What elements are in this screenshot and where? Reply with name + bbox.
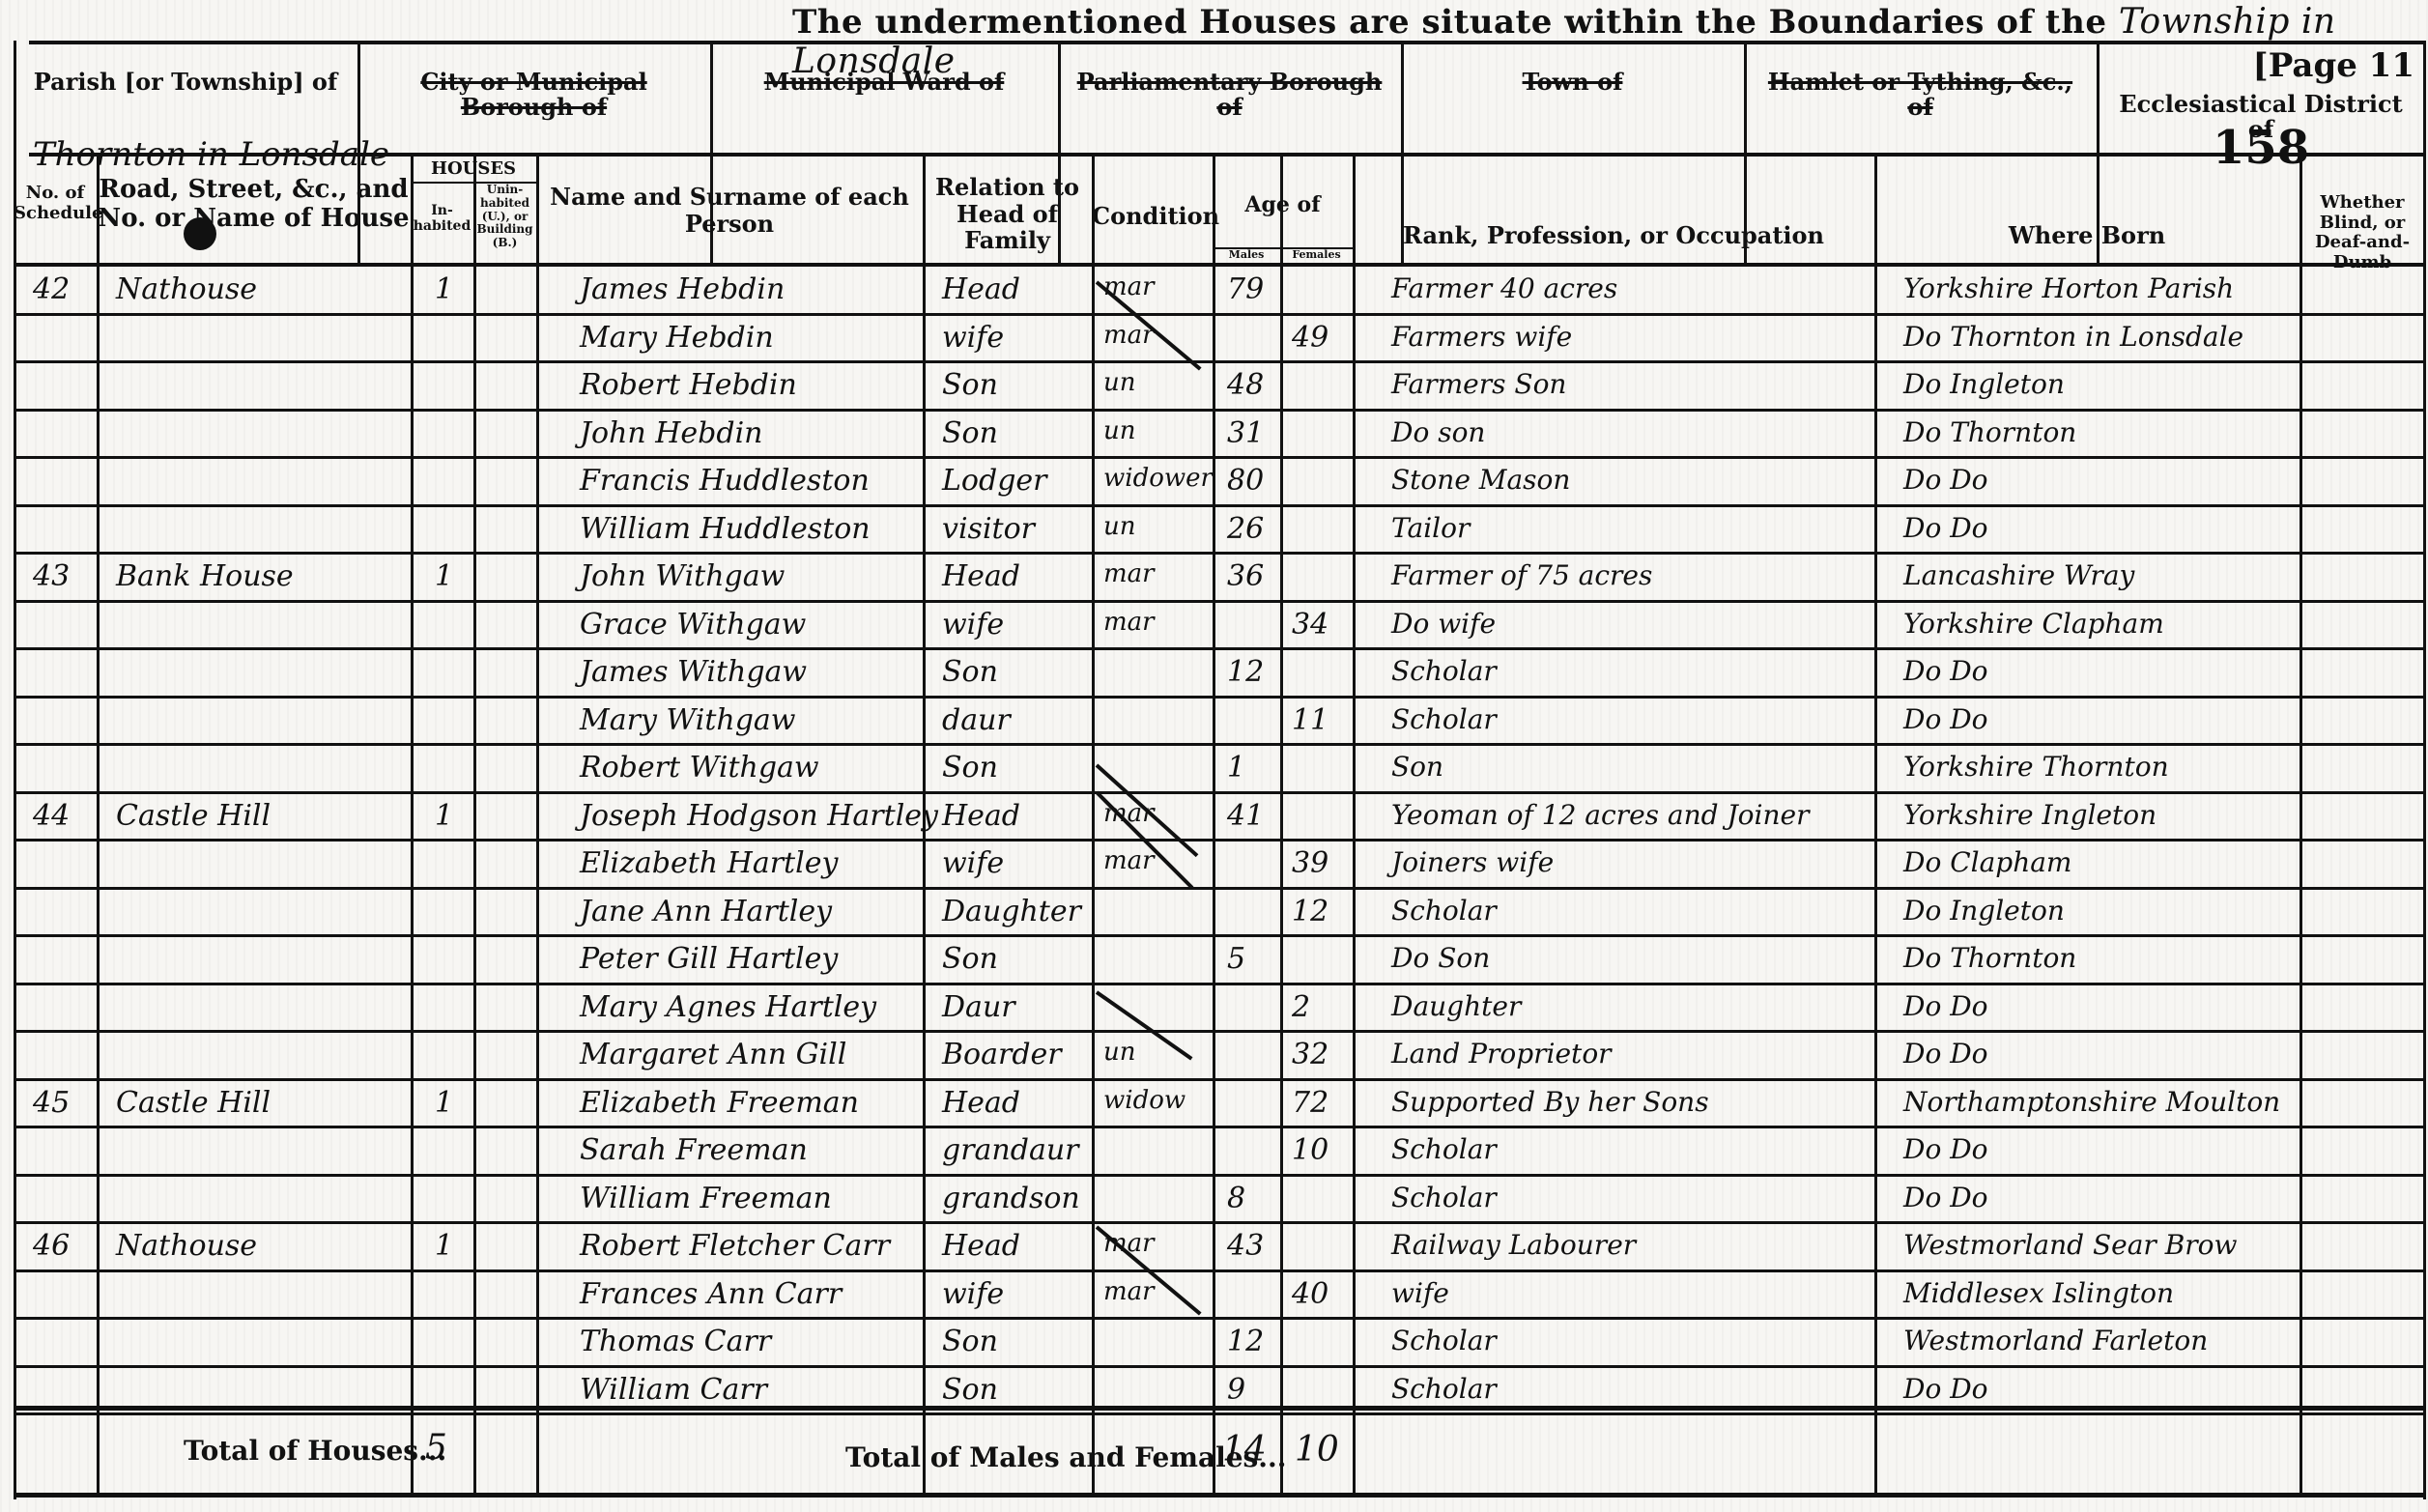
relation: grandaur xyxy=(942,1133,1079,1167)
col-condition: Condition xyxy=(1092,203,1213,230)
person-name: Mary Hebdin xyxy=(580,321,774,355)
occupation: Scholar xyxy=(1391,895,1497,927)
header-box-value: 158 xyxy=(2213,121,2309,175)
relation: Boarder xyxy=(942,1038,1062,1071)
occupation: Yeoman of 12 acres and Joiner xyxy=(1391,799,1809,831)
male-age: 9 xyxy=(1227,1373,1245,1407)
house-name: Bank House xyxy=(116,559,294,593)
occupation: Supported By her Sons xyxy=(1391,1086,1709,1118)
condition: un xyxy=(1103,1038,1136,1067)
row-rule xyxy=(14,1030,2425,1033)
birthplace: Do Do xyxy=(1903,1038,1988,1070)
row-rule xyxy=(14,600,2425,603)
house-name: Castle Hill xyxy=(116,1086,271,1120)
condition: un xyxy=(1103,416,1136,445)
row-rule xyxy=(14,696,2425,699)
col-road: Road, Street, &c., and No. or Name of Ho… xyxy=(97,176,411,234)
person-name: Elizabeth Freeman xyxy=(580,1086,859,1120)
row-rule xyxy=(14,409,2425,412)
female-age: 10 xyxy=(1292,1133,1328,1167)
relation: daur xyxy=(942,703,1011,737)
schedule-number: 46 xyxy=(33,1229,70,1263)
birthplace: Do Thornton xyxy=(1903,416,2076,448)
header-box-value: Thornton in Lonsdale xyxy=(33,135,389,174)
birthplace: Do Clapham xyxy=(1903,846,2071,878)
table-row: William Huddlestonvisitorun26TailorDo Do xyxy=(0,508,2428,556)
total-persons-label: Total of Males and Females... xyxy=(845,1441,1287,1473)
female-age: 49 xyxy=(1292,321,1328,355)
birthplace: Do Thornton xyxy=(1903,942,2076,974)
row-rule xyxy=(14,791,2425,794)
person-name: Margaret Ann Gill xyxy=(580,1038,846,1071)
male-age: 79 xyxy=(1227,272,1264,306)
inhabited-count: 1 xyxy=(435,1086,453,1120)
female-age: 12 xyxy=(1292,895,1328,928)
occupation: Farmer of 75 acres xyxy=(1391,559,1652,591)
relation: Son xyxy=(942,416,998,450)
relation: Head xyxy=(942,799,1020,833)
relation: wife xyxy=(942,1277,1004,1311)
total-females-value: 10 xyxy=(1295,1430,1339,1469)
table-row: James WithgawSon12ScholarDo Do xyxy=(0,651,2428,699)
table-row: Robert WithgawSon1SonYorkshire Thornton xyxy=(0,747,2428,795)
table-row: William Freemangrandson8ScholarDo Do xyxy=(0,1178,2428,1226)
col-blind: Whether Blind, or Deaf-and-Dumb xyxy=(2299,193,2425,273)
row-rule xyxy=(14,1270,2425,1272)
person-name: Frances Ann Carr xyxy=(580,1277,842,1311)
relation: Son xyxy=(942,655,998,689)
condition: mar xyxy=(1103,559,1155,588)
house-name: Nathouse xyxy=(116,272,257,306)
schedule-number: 43 xyxy=(33,559,70,593)
birthplace: Yorkshire Clapham xyxy=(1903,608,2164,640)
relation: grandson xyxy=(942,1182,1080,1215)
condition: mar xyxy=(1103,846,1155,875)
birthplace: Westmorland Farleton xyxy=(1903,1325,2208,1356)
condition: mar xyxy=(1103,1277,1155,1306)
table-row: Frances Ann Carrwifemar40wifeMiddlesex I… xyxy=(0,1273,2428,1322)
occupation: Joiners wife xyxy=(1391,846,1554,878)
header-box-label: Municipal Ward of xyxy=(720,70,1048,95)
birthplace: Do Ingleton xyxy=(1903,895,2065,927)
row-rule xyxy=(14,1221,2425,1224)
person-name: Robert Fletcher Carr xyxy=(580,1229,890,1263)
relation: Son xyxy=(942,1325,998,1358)
total-houses-label: Total of Houses... xyxy=(184,1435,446,1467)
condition: widow xyxy=(1103,1086,1185,1115)
birthplace: Do Do xyxy=(1903,464,1988,496)
relation: wife xyxy=(942,321,1004,355)
male-age: 1 xyxy=(1227,751,1245,785)
occupation: Do son xyxy=(1391,416,1485,448)
birthplace: Lancashire Wray xyxy=(1903,559,2134,591)
table-row: Sarah Freemangrandaur10ScholarDo Do xyxy=(0,1129,2428,1178)
relation: Lodger xyxy=(942,464,1047,498)
relation: Son xyxy=(942,1373,998,1407)
birthplace: Do Do xyxy=(1903,1182,1988,1213)
col-occupation: Rank, Profession, or Occupation xyxy=(1353,222,1874,249)
occupation: Scholar xyxy=(1391,1182,1497,1213)
total-houses-value: 5 xyxy=(425,1428,447,1468)
male-age: 12 xyxy=(1227,655,1264,689)
inhabited-count: 1 xyxy=(435,799,453,833)
table-row: 46Nathouse1Robert Fletcher CarrHeadmar43… xyxy=(0,1225,2428,1273)
person-name: Joseph Hodgson Hartley xyxy=(580,799,938,833)
person-name: Mary Agnes Hartley xyxy=(580,990,876,1024)
table-row: Margaret Ann GillBoarderun32Land Proprie… xyxy=(0,1034,2428,1082)
male-age: 5 xyxy=(1227,942,1245,976)
condition: un xyxy=(1103,368,1136,397)
birthplace: Do Do xyxy=(1903,990,1988,1022)
person-name: James Withgaw xyxy=(580,655,807,689)
female-age: 39 xyxy=(1292,846,1328,880)
table-row: Elizabeth Hartleywifemar39Joiners wifeDo… xyxy=(0,842,2428,891)
rule xyxy=(14,1493,2425,1498)
total-males-value: 14 xyxy=(1222,1430,1267,1469)
row-rule xyxy=(14,1078,2425,1081)
boundary-printed-text: The undermentioned Houses are situate wi… xyxy=(792,3,2106,42)
occupation: Scholar xyxy=(1391,1133,1497,1165)
col-schedule: No. of Schedule xyxy=(14,184,97,223)
table-row: Mary Agnes HartleyDaur2DaughterDo Do xyxy=(0,986,2428,1035)
person-name: Sarah Freeman xyxy=(580,1133,808,1167)
col-males: Males xyxy=(1213,249,1280,262)
relation: Head xyxy=(942,1086,1020,1120)
relation: wife xyxy=(942,846,1004,880)
table-row: Grace Withgawwifemar34Do wifeYorkshire C… xyxy=(0,604,2428,652)
inhabited-count: 1 xyxy=(435,272,453,306)
schedule-number: 44 xyxy=(33,799,70,833)
female-age: 2 xyxy=(1292,990,1310,1024)
female-age: 72 xyxy=(1292,1086,1328,1120)
male-age: 41 xyxy=(1227,799,1264,833)
person-name: Robert Withgaw xyxy=(580,751,819,785)
person-name: Elizabeth Hartley xyxy=(580,846,838,880)
occupation: Railway Labourer xyxy=(1391,1229,1636,1261)
table-row: Mary Withgawdaur11ScholarDo Do xyxy=(0,699,2428,748)
col-name: Name and Surname of each Person xyxy=(536,184,923,237)
inhabited-count: 1 xyxy=(435,559,453,593)
header-box-label: Hamlet or Tything, &c., of xyxy=(1754,70,2087,121)
house-name: Nathouse xyxy=(116,1229,257,1263)
relation: Son xyxy=(942,751,998,785)
condition: un xyxy=(1103,512,1136,541)
male-age: 12 xyxy=(1227,1325,1264,1358)
person-name: John Hebdin xyxy=(580,416,763,450)
schedule-number: 45 xyxy=(33,1086,70,1120)
table-row: Robert HebdinSonun48Farmers SonDo Inglet… xyxy=(0,364,2428,413)
female-age: 32 xyxy=(1292,1038,1328,1071)
person-name: Mary Withgaw xyxy=(580,703,795,737)
birthplace: Do Do xyxy=(1903,655,1988,687)
female-age: 11 xyxy=(1292,703,1328,737)
person-name: William Carr xyxy=(580,1373,767,1407)
col-uninhabited: Unin-habited (U.), or Building (B.) xyxy=(473,184,536,250)
occupation: Land Proprietor xyxy=(1391,1038,1612,1070)
person-name: Robert Hebdin xyxy=(580,368,797,402)
birthplace: Yorkshire Thornton xyxy=(1903,751,2169,783)
birthplace: Do Do xyxy=(1903,1373,1988,1405)
header-box-label: Town of xyxy=(1411,70,1734,95)
birthplace: Do Ingleton xyxy=(1903,368,2065,400)
relation: Daughter xyxy=(942,895,1081,928)
person-name: Francis Huddleston xyxy=(580,464,870,498)
row-rule xyxy=(14,1317,2425,1320)
table-row: 44Castle Hill1Joseph Hodgson HartleyHead… xyxy=(0,795,2428,843)
relation: Head xyxy=(942,1229,1020,1263)
birthplace: Yorkshire Horton Parish xyxy=(1903,272,2234,304)
occupation: Farmer 40 acres xyxy=(1391,272,1617,304)
row-rule xyxy=(14,1365,2425,1368)
rule xyxy=(14,263,2425,267)
person-name: Peter Gill Hartley xyxy=(580,942,838,976)
relation: Head xyxy=(942,559,1020,593)
header-box-label: City or Municipal Borough of xyxy=(367,70,700,121)
person-name: William Freeman xyxy=(580,1182,832,1215)
person-name: John Withgaw xyxy=(580,559,785,593)
table-row: Francis HuddlestonLodgerwidower80Stone M… xyxy=(0,460,2428,508)
birthplace: Do Do xyxy=(1903,703,1988,735)
row-rule xyxy=(14,504,2425,507)
row-rule xyxy=(14,1412,2425,1415)
row-rule xyxy=(14,360,2425,363)
table-row: Mary Hebdinwifemar49Farmers wifeDo Thorn… xyxy=(0,317,2428,365)
person-name: Thomas Carr xyxy=(580,1325,771,1358)
inhabited-count: 1 xyxy=(435,1229,453,1263)
person-name: Jane Ann Hartley xyxy=(580,895,832,928)
ink-blot xyxy=(184,217,216,250)
birthplace: Do Thornton in Lonsdale xyxy=(1903,321,2243,353)
table-row: 42Nathouse1James HebdinHeadmar79Farmer 4… xyxy=(0,269,2428,317)
header-box-label: Parish [or Township] of xyxy=(23,70,348,95)
rule xyxy=(29,41,2425,44)
occupation: Scholar xyxy=(1391,1325,1497,1356)
relation: Daur xyxy=(942,990,1015,1024)
row-rule xyxy=(14,456,2425,459)
col-relation: Relation to Head of Family xyxy=(923,174,1092,254)
occupation: Scholar xyxy=(1391,1373,1497,1405)
occupation: Stone Mason xyxy=(1391,464,1570,496)
person-name: Grace Withgaw xyxy=(580,608,806,642)
male-age: 48 xyxy=(1227,368,1264,402)
occupation: Son xyxy=(1391,751,1443,783)
occupation: Daughter xyxy=(1391,990,1521,1022)
occupation: Scholar xyxy=(1391,655,1497,687)
table-row: Jane Ann HartleyDaughter12ScholarDo Ingl… xyxy=(0,891,2428,939)
relation: Head xyxy=(942,272,1020,306)
birthplace: Do Do xyxy=(1903,1133,1988,1165)
male-age: 80 xyxy=(1227,464,1264,498)
occupation: Do wife xyxy=(1391,608,1496,640)
row-rule xyxy=(14,743,2425,746)
occupation: Farmers wife xyxy=(1391,321,1572,353)
table-row: Peter Gill HartleySon5Do SonDo Thornton xyxy=(0,938,2428,986)
col-inhabited: In-habited xyxy=(411,203,473,234)
occupation: Tailor xyxy=(1391,512,1470,544)
birthplace: Westmorland Sear Brow xyxy=(1903,1229,2238,1261)
birthplace: Do Do xyxy=(1903,512,1988,544)
census-page: The undermentioned Houses are situate wi… xyxy=(0,0,2428,1512)
row-rule xyxy=(14,1174,2425,1177)
condition: widower xyxy=(1103,464,1213,493)
row-rule xyxy=(14,839,2425,842)
birthplace: Middlesex Islington xyxy=(1903,1277,2174,1309)
row-rule xyxy=(14,647,2425,650)
male-age: 43 xyxy=(1227,1229,1264,1263)
row-rule xyxy=(14,1126,2425,1128)
occupation: Farmers Son xyxy=(1391,368,1566,400)
condition: mar xyxy=(1103,608,1155,637)
occupation: wife xyxy=(1391,1277,1449,1309)
row-rule xyxy=(14,887,2425,890)
female-age: 40 xyxy=(1292,1277,1328,1311)
male-age: 8 xyxy=(1227,1182,1245,1215)
table-row: 45Castle Hill1Elizabeth FreemanHeadwidow… xyxy=(0,1082,2428,1130)
relation: Son xyxy=(942,368,998,402)
col-females: Females xyxy=(1280,249,1353,262)
occupation: Scholar xyxy=(1391,703,1497,735)
rule xyxy=(14,1406,2425,1411)
row-rule xyxy=(14,983,2425,985)
relation: Son xyxy=(942,942,998,976)
schedule-number: 42 xyxy=(33,272,70,306)
birthplace: Yorkshire Ingleton xyxy=(1903,799,2157,831)
male-age: 36 xyxy=(1227,559,1264,593)
occupation: Do Son xyxy=(1391,942,1490,974)
table-row: John HebdinSonun31Do sonDo Thornton xyxy=(0,413,2428,461)
birthplace: Northamptonshire Moulton xyxy=(1903,1086,2280,1118)
page-number: [Page 11 xyxy=(2253,46,2414,85)
col-born: Where Born xyxy=(1874,222,2299,249)
relation: visitor xyxy=(942,512,1035,546)
row-rule xyxy=(14,313,2425,316)
row-rule xyxy=(14,552,2425,555)
house-name: Castle Hill xyxy=(116,799,271,833)
relation: wife xyxy=(942,608,1004,642)
person-name: William Huddleston xyxy=(580,512,871,546)
male-age: 26 xyxy=(1227,512,1264,546)
table-row: Thomas CarrSon12ScholarWestmorland Farle… xyxy=(0,1321,2428,1369)
female-age: 34 xyxy=(1292,608,1328,642)
header-box-label: Parliamentary Borough of xyxy=(1068,70,1391,121)
person-name: James Hebdin xyxy=(580,272,785,306)
row-rule xyxy=(14,934,2425,937)
male-age: 31 xyxy=(1227,416,1264,450)
table-row: 43Bank House1John WithgawHeadmar36Farmer… xyxy=(0,556,2428,604)
